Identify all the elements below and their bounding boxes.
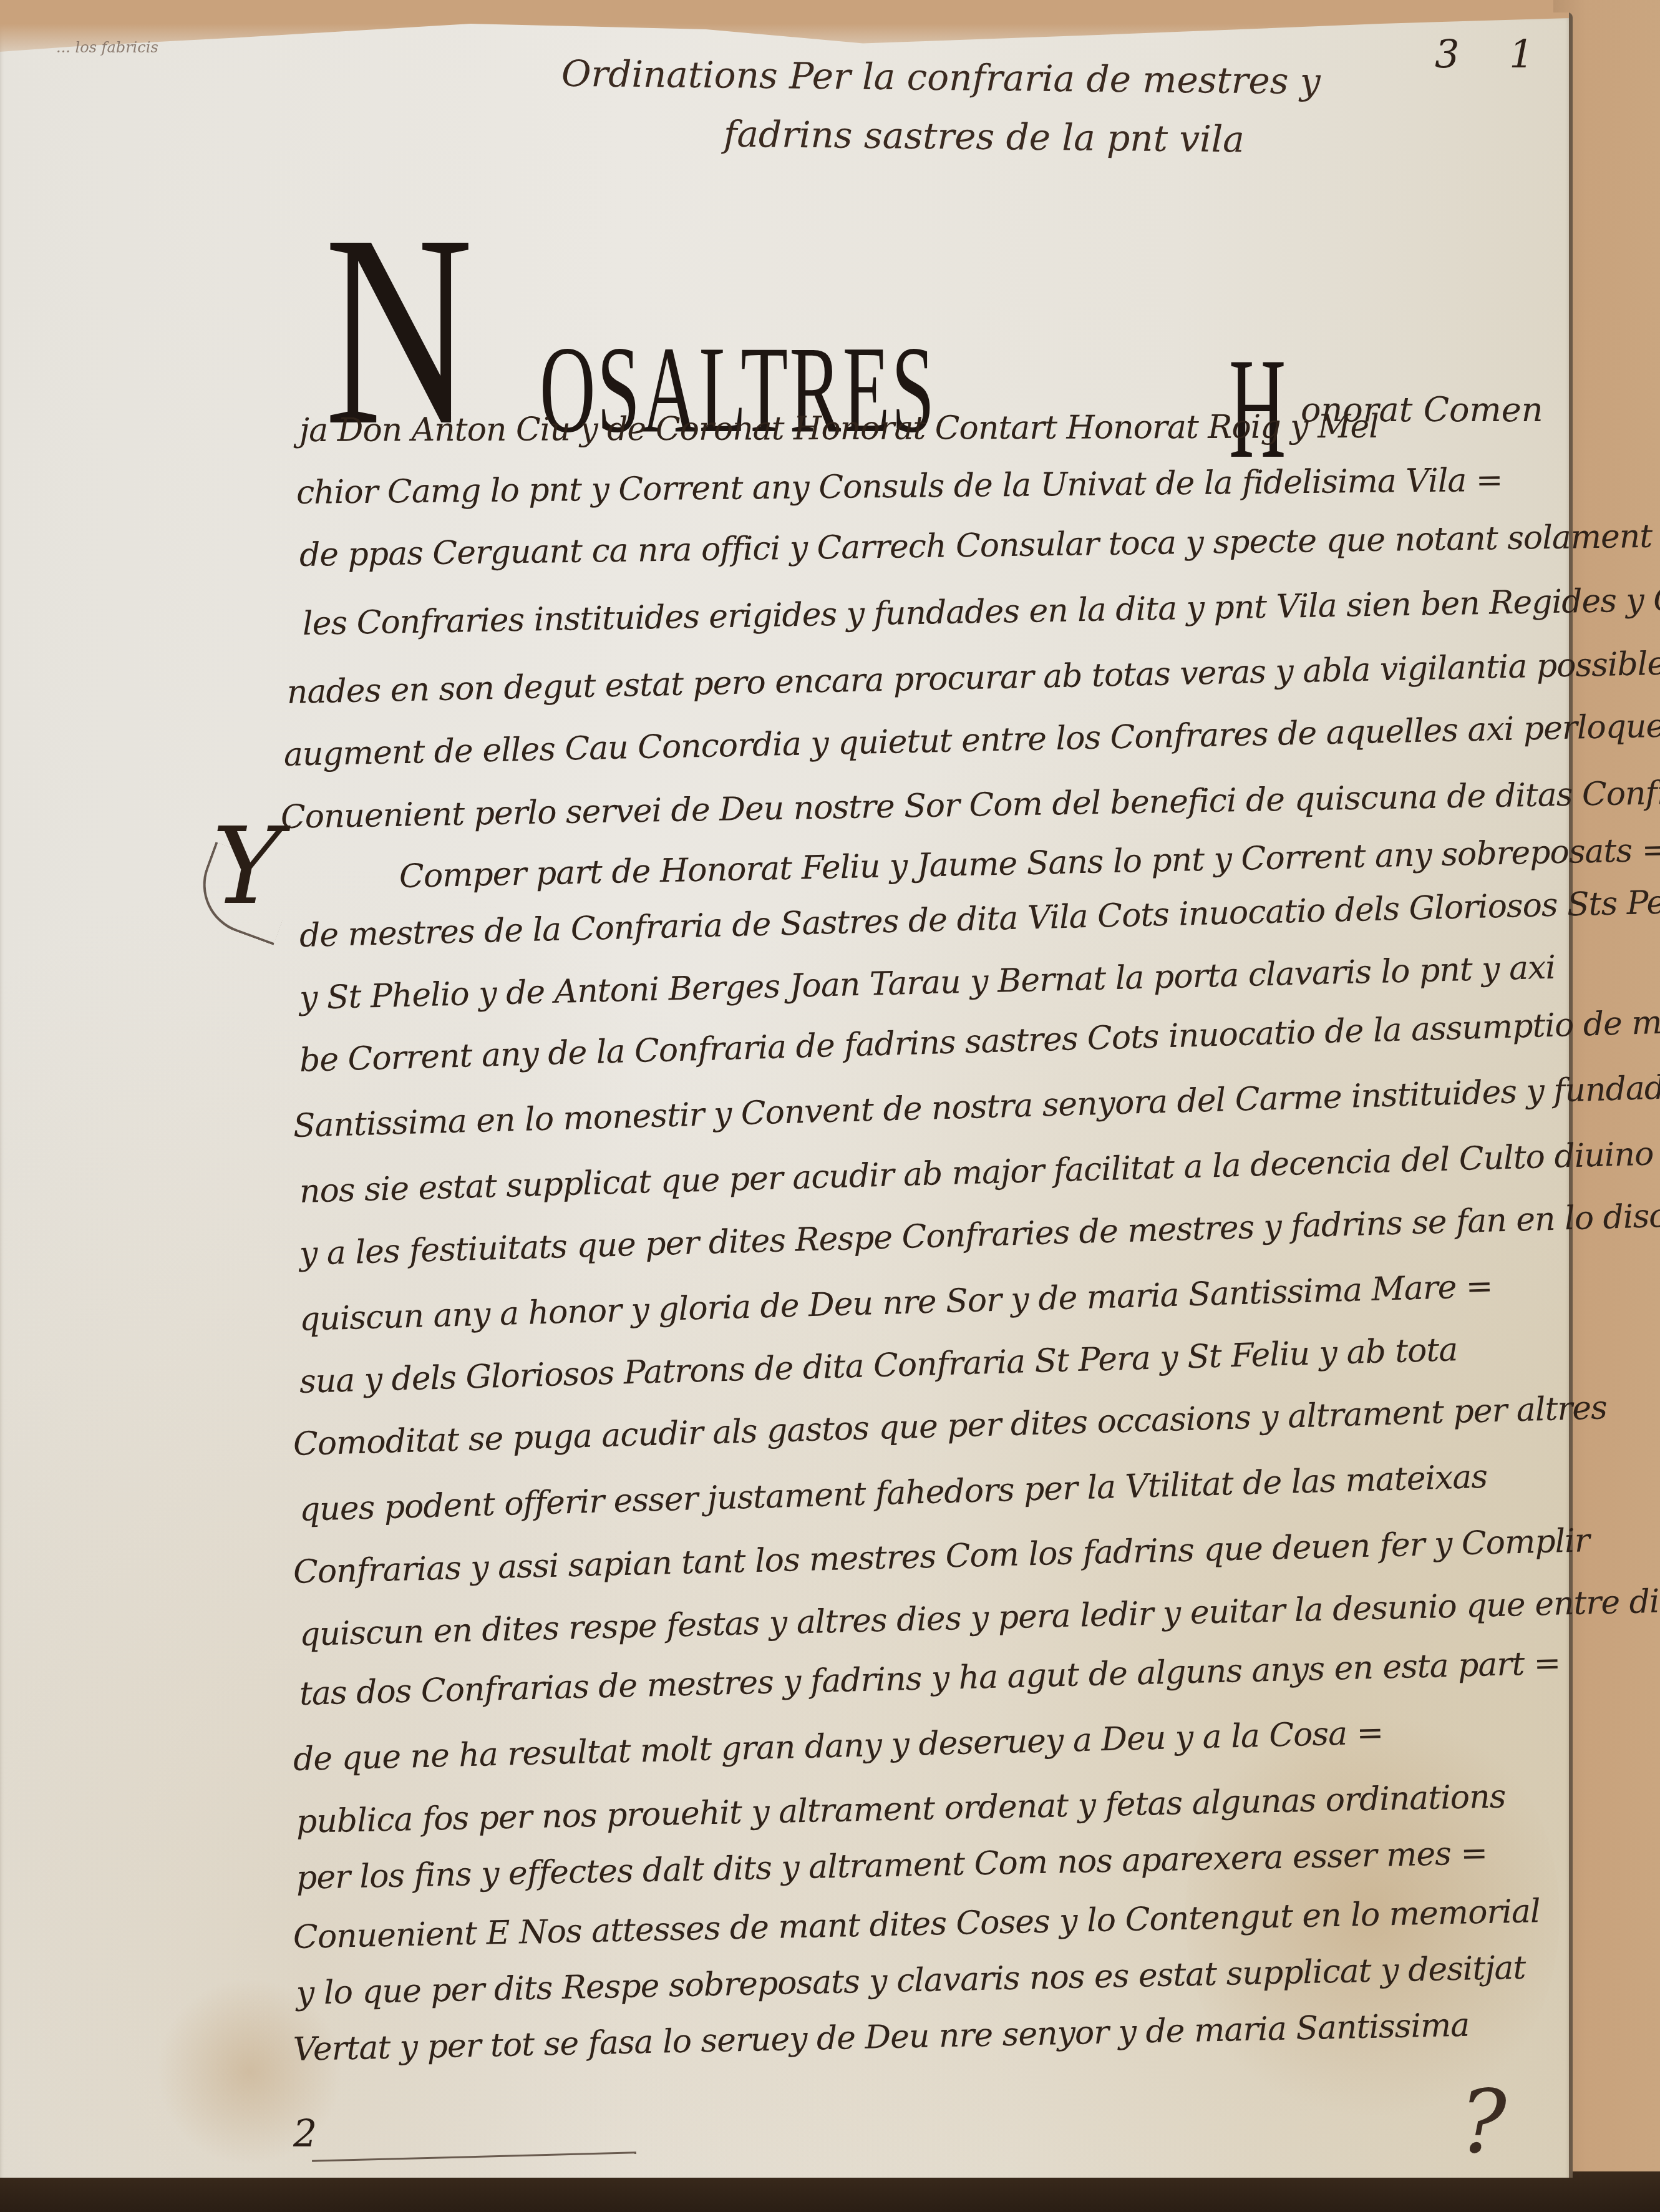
text-line: per los fins y effectes dalt dits y altr… (296, 1834, 1487, 1897)
manuscript-page: ... los fabricis 3 1 Ordinations Per la … (0, 12, 1573, 2178)
text-line: Confrarias y assi sapian tant los mestre… (293, 1522, 1590, 1591)
text-line: be Corrent any de la Confraria de fadrin… (299, 1002, 1660, 1079)
catchword-mark: ? (1460, 2072, 1507, 2173)
text-line: quiscun any a honor y gloria de Deu nre … (299, 1268, 1493, 1338)
text-line: Conuenient perlo servei de Deu nostre So… (280, 773, 1660, 836)
text-line: chior Camg lo pnt y Corrent any Consuls … (296, 462, 1503, 512)
text-line: y a les festiuitats que per dites Respe … (299, 1194, 1660, 1273)
end-mark: 2 (293, 2112, 317, 2156)
text-line: Santissima en lo monestir y Convent de n… (293, 1068, 1660, 1145)
body-text: ja Don Anton Ciu y de Coronat Honorat Co… (0, 12, 1569, 2178)
text-line: Conuenient E Nos attesses de mant dites … (293, 1893, 1540, 1956)
text-line: sua y dels Gloriosos Patrons de dita Con… (299, 1331, 1458, 1401)
text-line: publica fos per nos prouehit y altrament… (296, 1778, 1505, 1841)
text-line: de mestres de la Confraria de Sastres de… (299, 883, 1660, 955)
text-line: les Confraries instituides erigides y fu… (302, 579, 1660, 643)
text-line: ja Don Anton Ciu y de Coronat Honorat Co… (299, 408, 1379, 449)
text-line: Comoditat se puga acudir als gastos que … (293, 1389, 1607, 1463)
text-line: ques podent offerir esser justament fahe… (299, 1458, 1488, 1529)
text-line: quiscun en dites respe festas y altres d… (299, 1582, 1660, 1654)
text-line: augment de elles Cau Concordia y quietut… (283, 706, 1660, 774)
text-line: y lo que per dits Respe sobreposats y cl… (296, 1949, 1526, 2012)
text-line: tas dos Confrarias de mestres y fadrins … (299, 1645, 1561, 1713)
text-line: nos sie estat supplicat que per acudir a… (299, 1134, 1660, 1211)
text-line: de ppas Cerguant ca nra offici y Carrech… (299, 518, 1653, 574)
text-line: de que ne ha resultat molt gran dany y d… (293, 1714, 1384, 1778)
text-line: Comper part de Honorat Feliu y Jaume San… (399, 831, 1660, 895)
text-line: y St Phelio y de Antoni Berges Joan Tara… (299, 949, 1555, 1017)
text-line: Vertat y per tot se fasa lo seruey de De… (293, 2007, 1469, 2068)
text-line: nades en son degut estat pero encara pro… (286, 644, 1660, 711)
